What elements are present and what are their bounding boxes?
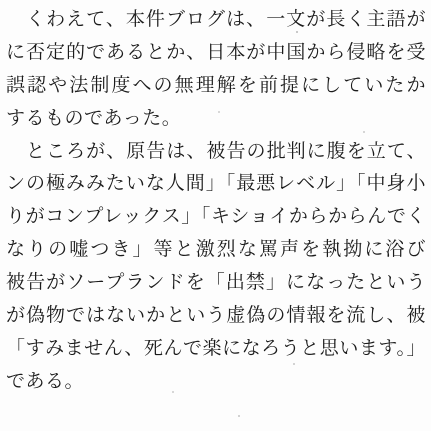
text-line: ンの極みみたいな人間」「最悪レベル」「中身小学生」「だめだこいつ IQ3 じゃん… <box>6 168 426 201</box>
text-line: するものであった。 <box>6 103 426 136</box>
text-line: が偽物ではないかという虚偽の情報を流し、被告が、「もう辛くて耐えられません。」 <box>6 300 426 333</box>
text-line: 「すみません、死んで楽になろうと思います。」と投稿するまでに追いつめているの <box>6 333 426 366</box>
document-page: くわえて、本件ブログは、一文が長く主語がわかりにくい上、訴外東野が強制動員 に否… <box>0 0 431 431</box>
text-line: なりの嘘つき」等と激烈な罵声を執拗に浴びせ、「訓告」処分を受けた事実を公表し、 <box>6 234 426 267</box>
scan-noise-specks <box>296 31 298 33</box>
text-line: ところが、原告は、被告の批判に腹を立て、被告に対して「嫌な育ち方したボンボ <box>6 136 426 169</box>
text-line: 誤認や法制度への無理解を前提にしていたから、本件各投稿の批判は十分な根拠を有 <box>6 70 426 103</box>
text-line: である。 <box>6 366 426 399</box>
paragraph-1: くわえて、本件ブログは、一文が長く主語がわかりにくい上、訴外東野が強制動員 に否… <box>6 4 426 136</box>
text-line: りがコンプレックス」「キショイからからんでくんなよゴキグチ」「ホビッチョ」「か <box>6 201 426 234</box>
text-line: くわえて、本件ブログは、一文が長く主語がわかりにくい上、訴外東野が強制動員 <box>6 4 426 37</box>
text-line: 被告がソープランドを「出禁」になったという「噂」やら、被告がもつ「在学証明書」 <box>6 267 426 300</box>
text-line: に否定的であるとか、日本が中国から侵略を受ければ国連が援軍に来るとかいう事実 <box>6 37 426 70</box>
paragraph-2: ところが、原告は、被告の批判に腹を立て、被告に対して「嫌な育ち方したボンボ ンの… <box>6 136 426 399</box>
